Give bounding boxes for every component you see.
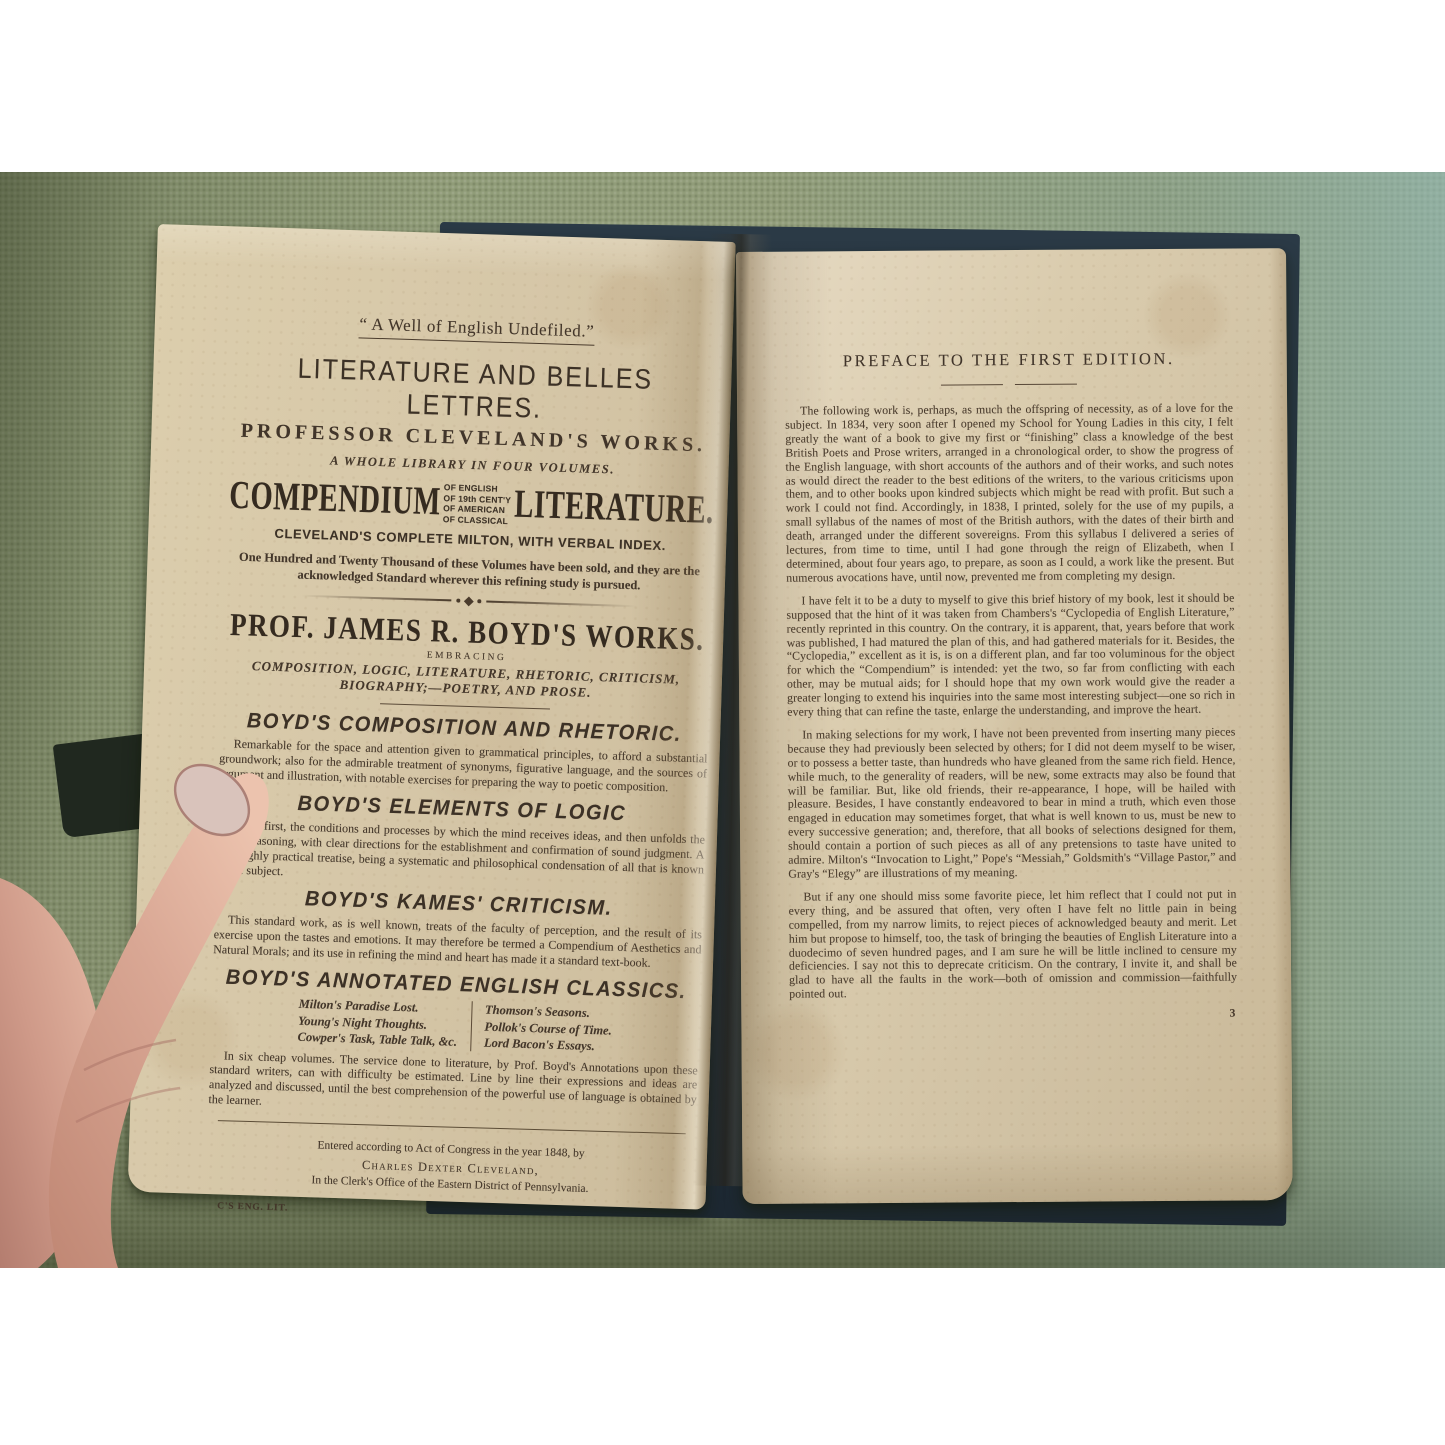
compendium-stack: OF ENGLISH OF 19th CENT'Y OF AMERICAN OF… (443, 482, 512, 527)
classics-column-left: Milton's Paradise Lost. Young's Night Th… (297, 996, 471, 1051)
rule-segment (941, 384, 1003, 385)
photo-of-open-antique-book: “ A Well of English Undefiled.” LITERATU… (0, 0, 1445, 1445)
ornament-line (486, 601, 636, 607)
title-rule (785, 383, 1233, 387)
motto: “ A Well of English Undefiled.” (233, 310, 722, 349)
ornament-line (301, 595, 451, 601)
right-page: PREFACE TO THE FIRST EDITION. The follow… (736, 248, 1293, 1204)
photo-area: “ A Well of English Undefiled.” LITERATU… (0, 172, 1445, 1268)
thin-rule (380, 703, 550, 709)
sold-note: One Hundred and Twenty Thousand of these… (234, 548, 705, 595)
series-title: LITERATURE AND BELLES LETTRES. (230, 351, 720, 431)
ornament-diamond (463, 596, 473, 606)
literature-word: LITERATURE. (513, 483, 714, 535)
compendium-word: COMPENDIUM (228, 474, 441, 526)
right-page-content: PREFACE TO THE FIRST EDITION. The follow… (736, 248, 1291, 1023)
stack-line: OF CLASSICAL (443, 514, 511, 527)
preface-paragraph: But if any one should miss some favorite… (788, 887, 1237, 1001)
classics-item: Lord Bacon's Essays. (484, 1035, 612, 1055)
hand-holding-page (0, 730, 300, 1268)
preface-paragraph: In making selections for my work, I have… (787, 725, 1236, 881)
rule-segment (1015, 384, 1077, 385)
preface-title: PREFACE TO THE FIRST EDITION. (785, 349, 1233, 372)
compendium-masthead: COMPENDIUM OF ENGLISH OF 19th CENT'Y OF … (227, 475, 716, 533)
ornament-dot (456, 599, 460, 603)
page-number: 3 (789, 1008, 1235, 1023)
preface-paragraph: The following work is, perhaps, as much … (785, 402, 1234, 586)
bottom-white-band (0, 1268, 1445, 1445)
preface-paragraph: I have felt it to be a duty to myself to… (786, 591, 1235, 719)
ornament-dot (477, 599, 481, 603)
classics-column-right: Thomson's Seasons. Pollok's Course of Ti… (470, 1001, 613, 1055)
top-white-band (0, 0, 1445, 172)
